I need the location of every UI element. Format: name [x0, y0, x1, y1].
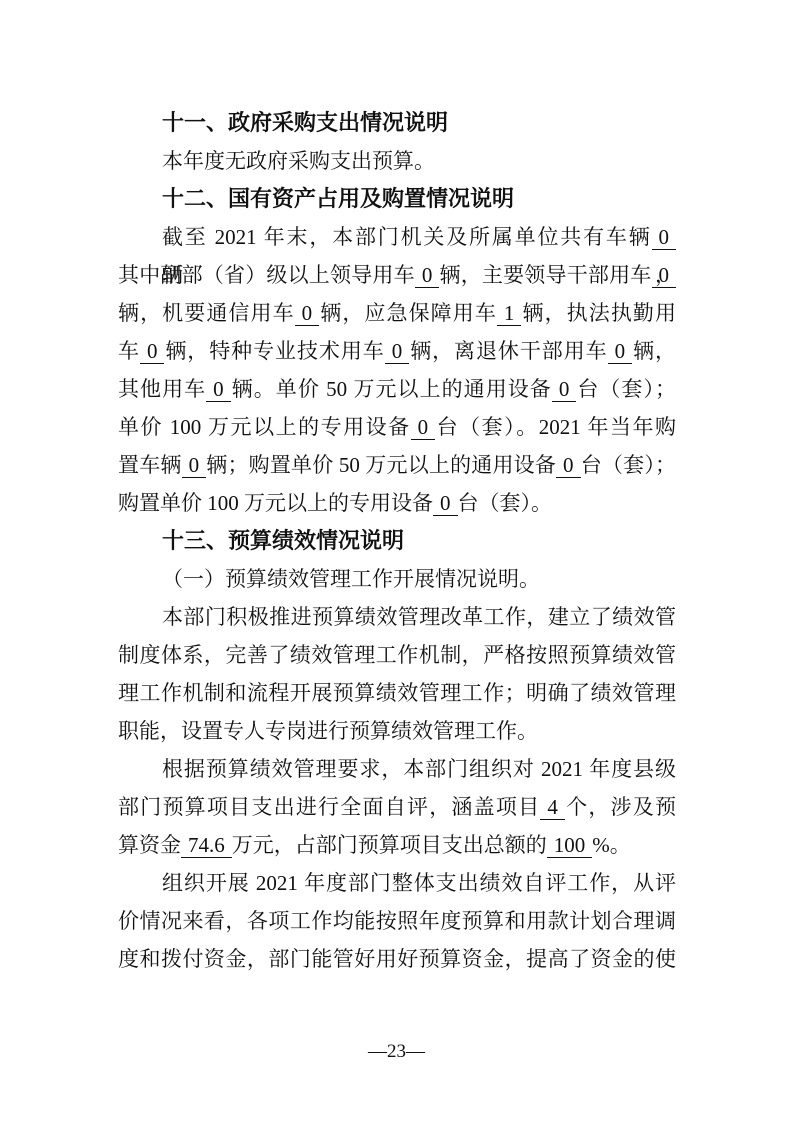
text-line: 算资金74.6万元，占部门预算项目支出总额的100%。	[118, 826, 676, 864]
underlined-value: 0	[385, 339, 410, 364]
text-line: 截至 2021 年末，本部门机关及所属单位共有车辆0辆，	[118, 218, 676, 256]
underlined-value: 0	[206, 377, 231, 402]
text-line: （一）预算绩效管理工作开展情况说明。	[118, 560, 676, 598]
text-segment: 置车辆	[118, 453, 182, 477]
text-segment: 根据预算绩效管理要求，本部门组织对 2021 年度县级	[162, 757, 676, 781]
text-segment: （一）预算绩效管理工作开展情况说明。	[162, 567, 540, 591]
text-segment: 本部门积极推进预算绩效管理改革工作，建立了绩效管	[162, 605, 676, 629]
text-segment: 辆，特种专业技术用车	[164, 339, 384, 363]
text-segment: 台（套）；	[576, 377, 676, 401]
text-line: 单价 100 万元以上的专用设备0台（套）。2021 年当年购	[118, 408, 676, 446]
underlined-value: 0	[556, 453, 581, 478]
text-line: 度和拨付资金，部门能管好用好预算资金，提高了资金的使	[118, 940, 676, 978]
text-line: 本年度无政府采购支出预算。	[118, 142, 676, 180]
text-line: 理工作机制和流程开展预算绩效管理工作；明确了绩效管理	[118, 674, 676, 712]
text-segment: 职能，设置专人专岗进行预算绩效管理工作。	[118, 719, 538, 743]
text-segment: 其他用车	[118, 377, 206, 401]
text-segment: 辆。单价 50 万元以上的通用设备	[231, 377, 552, 401]
underlined-value: 0	[652, 225, 677, 250]
text-segment: 辆，	[632, 339, 676, 363]
text-segment: 本年度无政府采购支出预算。	[162, 149, 435, 173]
text-segment: 部门预算项目支出进行全面自评，涵盖项目	[118, 795, 540, 819]
text-segment: 单价 100 万元以上的专用设备	[118, 415, 411, 439]
text-line: 购置单价 100 万元以上的专用设备0台（套）。	[118, 484, 676, 522]
text-segment: 制度体系，完善了绩效管理工作机制，严格按照预算绩效管	[118, 643, 676, 667]
text-segment: 算资金	[118, 833, 181, 857]
document-page: 十一、政府采购支出情况说明本年度无政府采购支出预算。十二、国有资产占用及购置情况…	[0, 0, 793, 1122]
text-segment: 车	[118, 339, 140, 363]
underlined-value: 0	[433, 491, 458, 516]
text-segment: 台（套）；	[581, 453, 676, 477]
text-segment: %。	[592, 833, 631, 857]
text-segment: 个，涉及预	[565, 795, 676, 819]
underlined-value: 4	[540, 795, 565, 820]
text-line: 其中副部（省）级以上领导用车0辆，主要领导干部用车0	[118, 256, 676, 294]
text-line: 根据预算绩效管理要求，本部门组织对 2021 年度县级	[118, 750, 676, 788]
page-number: —23—	[0, 1038, 793, 1066]
text-line: 置车辆0辆；购置单价 50 万元以上的通用设备0台（套）；	[118, 446, 676, 484]
underlined-value: 0	[411, 415, 436, 440]
text-segment: 其中副部（省）级以上领导用车	[118, 263, 415, 287]
text-segment: 辆，主要领导干部用车	[439, 263, 651, 287]
text-line: 辆，机要通信用车0辆，应急保障用车1辆，执法执勤用	[118, 294, 676, 332]
text-segment: 辆，执法执勤用	[521, 301, 676, 325]
underlined-value: 100	[547, 833, 593, 858]
underlined-value: 74.6	[181, 833, 232, 858]
document-lines: 十一、政府采购支出情况说明本年度无政府采购支出预算。十二、国有资产占用及购置情况…	[118, 104, 676, 978]
text-segment: 价情况来看，各项工作均能按照年度预算和用款计划合理调	[118, 909, 676, 933]
text-line: 车0辆，特种专业技术用车0辆，离退休干部用车0辆，	[118, 332, 676, 370]
text-segment: 理工作机制和流程开展预算绩效管理工作；明确了绩效管理	[118, 681, 676, 705]
underlined-value: 0	[552, 377, 577, 402]
text-line: 组织开展 2021 年度部门整体支出绩效自评工作，从评	[118, 864, 676, 902]
text-segment: 度和拨付资金，部门能管好用好预算资金，提高了资金的使	[118, 947, 676, 971]
text-line: 价情况来看，各项工作均能按照年度预算和用款计划合理调	[118, 902, 676, 940]
underlined-value: 0	[295, 301, 320, 326]
text-line: 本部门积极推进预算绩效管理改革工作，建立了绩效管	[118, 598, 676, 636]
text-segment: 截至 2021 年末，本部门机关及所属单位共有车辆	[162, 225, 652, 249]
text-segment: 购置单价 100 万元以上的专用设备	[118, 491, 433, 515]
text-line: 制度体系，完善了绩效管理工作机制，严格按照预算绩效管	[118, 636, 676, 674]
text-line: 职能，设置专人专岗进行预算绩效管理工作。	[118, 712, 676, 750]
underlined-value: 0	[415, 263, 440, 288]
text-line: 部门预算项目支出进行全面自评，涵盖项目4个，涉及预	[118, 788, 676, 826]
underlined-value: 0	[140, 339, 165, 364]
text-segment: 辆，离退休干部用车	[409, 339, 607, 363]
section-heading: 十一、政府采购支出情况说明	[118, 104, 676, 142]
text-line: 其他用车0辆。单价 50 万元以上的通用设备0台（套）；	[118, 370, 676, 408]
underlined-value: 0	[182, 453, 207, 478]
underlined-value: 0	[608, 339, 633, 364]
text-segment: 辆，应急保障用车	[319, 301, 497, 325]
text-segment: 台（套）。	[458, 491, 553, 515]
text-segment: 辆，机要通信用车	[118, 301, 295, 325]
text-segment: 台（套）。2021 年当年购	[435, 415, 676, 439]
text-segment: 辆；购置单价 50 万元以上的通用设备	[206, 453, 556, 477]
text-segment: 万元，占部门预算项目支出总额的	[232, 833, 547, 857]
section-heading: 十三、预算绩效情况说明	[118, 522, 676, 560]
text-segment: 组织开展 2021 年度部门整体支出绩效自评工作，从评	[162, 871, 676, 895]
underlined-value: 1	[497, 301, 522, 326]
section-heading: 十二、国有资产占用及购置情况说明	[118, 180, 676, 218]
underlined-value: 0	[652, 263, 677, 288]
